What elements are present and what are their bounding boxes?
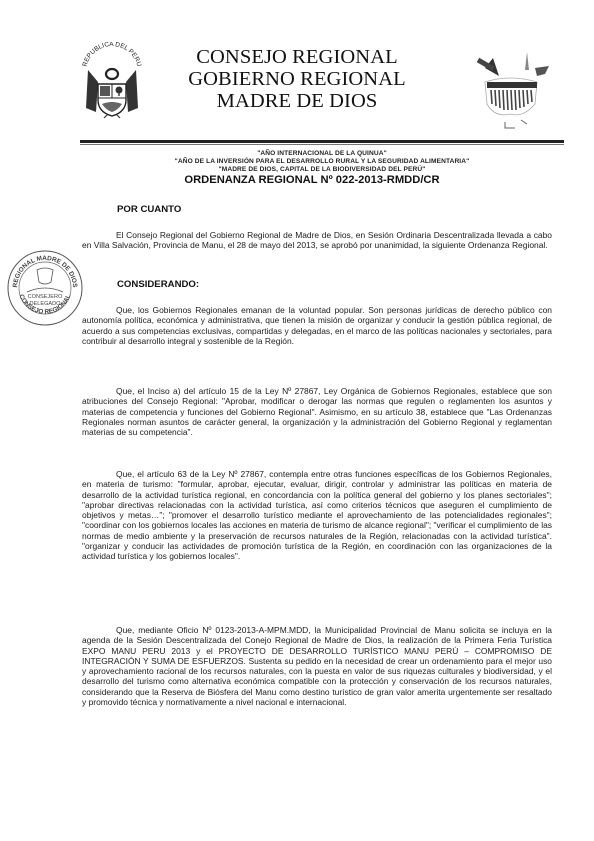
- considerando-paragraph-3: Que, el artículo 63 de la Ley Nº 27867, …: [82, 469, 552, 562]
- official-seal-icon: REGIONAL MADRE DE DIOS CONSEJO REGIONAL …: [5, 248, 85, 328]
- year-mottos: "AÑO INTERNACIONAL DE LA QUINUA" "AÑO DE…: [80, 150, 564, 173]
- svg-text:DELEGADO: DELEGADO: [29, 301, 61, 307]
- header-divider: [80, 140, 564, 143]
- ordinance-title: ORDENANZA REGIONAL Nº 022-2013-RMDD/CR: [0, 174, 594, 186]
- considerando-paragraph-4: Que, mediante Oficio Nº 0123-2013-A-MPM.…: [82, 625, 552, 707]
- svg-text:REGIONAL MADRE DE DIOS: REGIONAL MADRE DE DIOS: [12, 255, 78, 289]
- regional-emblem-icon: [465, 52, 555, 132]
- peru-coat-of-arms-icon: REPUBLICA DEL PERU: [78, 42, 146, 124]
- considerando-paragraph-1: Que, los Gobiernos Regionales emanan de …: [82, 305, 552, 346]
- svg-text:REPUBLICA DEL PERU: REPUBLICA DEL PERU: [82, 42, 143, 68]
- por-cuanto-heading: POR CUANTO: [117, 204, 181, 215]
- svg-text:CONSEJERO: CONSEJERO: [28, 294, 63, 300]
- header-divider-thin: [80, 144, 564, 145]
- title-line-1: CONSEJO REGIONAL: [150, 46, 444, 68]
- motto-3: "MADRE DE DIOS, CAPITAL DE LA BIODIVERSI…: [80, 166, 564, 174]
- motto-1: "AÑO INTERNACIONAL DE LA QUINUA": [80, 150, 564, 158]
- document-page: REPUBLICA DEL PERU CONSEJO REGIONAL GOBI…: [0, 0, 594, 841]
- por-cuanto-paragraph: El Consejo Regional del Gobierno Regiona…: [82, 230, 552, 251]
- institution-title: CONSEJO REGIONAL GOBIERNO REGIONAL MADRE…: [150, 46, 444, 112]
- motto-2: "AÑO DE LA INVERSIÓN PARA EL DESARROLLO …: [80, 158, 564, 166]
- considerando-heading: CONSIDERANDO:: [117, 279, 199, 290]
- title-line-3: MADRE DE DIOS: [150, 90, 444, 112]
- considerando-paragraph-2: Que, el Inciso a) del artículo 15 de la …: [82, 386, 552, 437]
- title-line-2: GOBIERNO REGIONAL: [150, 68, 444, 90]
